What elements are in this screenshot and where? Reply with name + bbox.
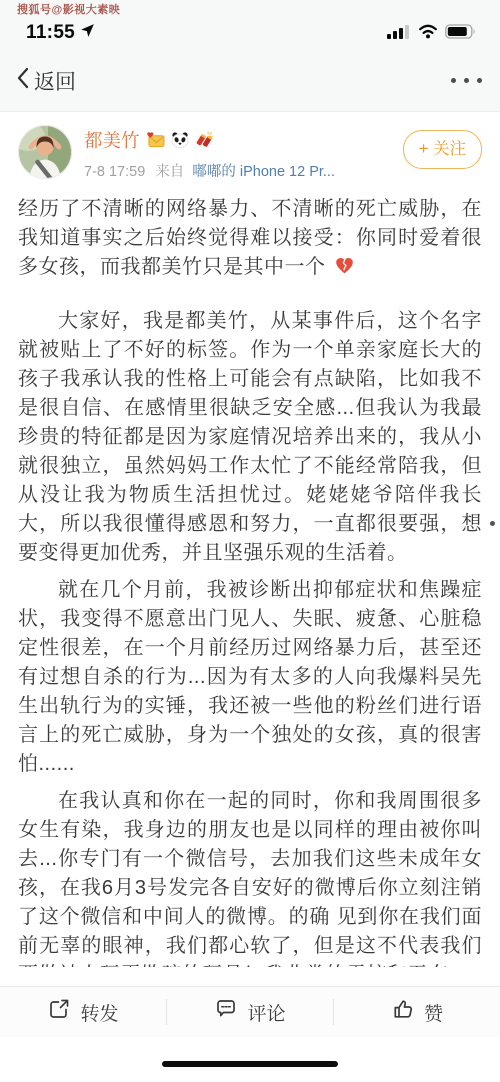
author-name[interactable]: 都美竹: [84, 127, 140, 153]
back-chevron-icon: [16, 66, 30, 96]
dot-icon: [464, 78, 469, 83]
back-button[interactable]: 返回: [16, 66, 76, 96]
panda-emoji: [171, 132, 189, 148]
scrollbar-indicator[interactable]: [490, 521, 495, 526]
like-button[interactable]: 赞: [334, 987, 500, 1037]
status-right: [387, 23, 476, 44]
author-avatar[interactable]: [18, 125, 72, 179]
firecracker-emoji: [195, 132, 213, 149]
broken-heart-emoji: [334, 255, 355, 285]
love-letter-emoji: [146, 132, 165, 148]
nav-bar: 返回: [0, 50, 500, 112]
battery-icon: [445, 24, 476, 44]
post-paragraph: 就在几个月前，我被诊断出抑郁症状和焦躁症状，我变得不愿意出门见人、失眠、疲惫、心…: [18, 576, 482, 779]
sohu-watermark: 搜狐号@影视大素映: [17, 1, 120, 17]
post-body: 经历了不清晰的网络暴力、不清晰的死亡威胁，在我知道事实之后始终觉得难以接受：你同…: [0, 181, 500, 967]
follow-button[interactable]: + 关注: [403, 130, 482, 169]
author-block: 都美竹: [84, 125, 335, 181]
home-indicator[interactable]: [162, 1061, 338, 1067]
like-label: 赞: [424, 999, 443, 1026]
wifi-icon: [417, 23, 439, 44]
post-meta: 7-8 17:59 来自 嘟嘟的 iPhone 12 Pr...: [84, 160, 335, 181]
repost-label: 转发: [80, 999, 118, 1026]
location-arrow-icon: [80, 23, 95, 43]
author-line: 都美竹: [84, 127, 335, 153]
source-prefix: 来自: [155, 164, 184, 180]
dot-icon: [477, 78, 482, 83]
comment-label: 评论: [247, 999, 285, 1026]
weibo-post: 都美竹: [0, 112, 500, 967]
post-paragraph: 在我认真和你在一起的同时，你和我周围很多女生有染，我身边的朋友也是以同样的理由被…: [18, 787, 482, 967]
status-time: 11:55: [26, 22, 75, 44]
cellular-signal-icon: [387, 24, 411, 44]
post-header: 都美竹: [0, 112, 500, 181]
repost-button[interactable]: 转发: [0, 987, 166, 1037]
more-options-button[interactable]: [449, 72, 484, 89]
phone-screen: 搜狐号@影视大素映 11:55: [0, 0, 500, 1082]
action-bar: 转发 评论 赞: [0, 986, 500, 1037]
status-left: 11:55: [26, 22, 95, 44]
post-paragraph: 经历了不清晰的网络暴力、不清晰的死亡威胁，在我知道事实之后始终觉得难以接受：你同…: [18, 195, 482, 285]
repost-icon: [47, 997, 71, 1027]
post-paragraph: 大家好，我是都美竹，从某事件后，这个名字就被贴上了不好的标签。作为一个单亲家庭长…: [18, 307, 482, 568]
back-label: 返回: [34, 66, 76, 96]
source-link[interactable]: 嘟嘟的 iPhone 12 Pr...: [192, 164, 335, 180]
comment-button[interactable]: 评论: [167, 987, 333, 1037]
dot-icon: [451, 78, 456, 83]
post-time: 7-8 17:59: [84, 164, 145, 180]
like-icon: [391, 997, 415, 1027]
comment-icon: [214, 997, 238, 1027]
